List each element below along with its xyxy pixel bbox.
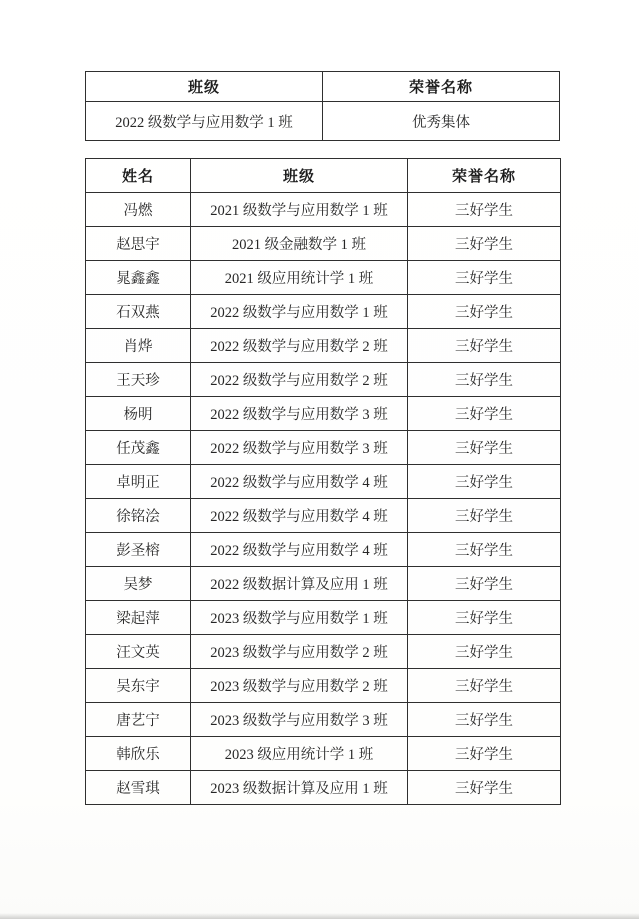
table-cell: 三好学生 (408, 329, 561, 363)
table-row: 任茂鑫2022 级数学与应用数学 3 班三好学生 (86, 431, 561, 465)
table-row: 梁起萍2023 级数学与应用数学 1 班三好学生 (86, 601, 561, 635)
table-cell: 2022 级数学与应用数学 3 班 (191, 397, 408, 431)
table-cell: 2022 级数学与应用数学 4 班 (191, 499, 408, 533)
student-honors-table: 姓名班级荣誉名称 冯燃2021 级数学与应用数学 1 班三好学生赵思宇2021 … (85, 158, 561, 805)
table-cell: 三好学生 (408, 703, 561, 737)
table-cell: 杨明 (86, 397, 191, 431)
table-cell: 冯燃 (86, 193, 191, 227)
table-row: 肖烨2022 级数学与应用数学 2 班三好学生 (86, 329, 561, 363)
table-cell: 2022 级数学与应用数学 2 班 (191, 329, 408, 363)
table-cell: 任茂鑫 (86, 431, 191, 465)
column-header: 荣誉名称 (408, 159, 561, 193)
table-cell: 石双燕 (86, 295, 191, 329)
table-row: 王天珍2022 级数学与应用数学 2 班三好学生 (86, 363, 561, 397)
table-cell: 三好学生 (408, 261, 561, 295)
table-cell: 三好学生 (408, 363, 561, 397)
student-table-header-row: 姓名班级荣誉名称 (86, 159, 561, 193)
table-cell: 汪文英 (86, 635, 191, 669)
table-cell: 徐铭浍 (86, 499, 191, 533)
table-cell: 2022 级数学与应用数学 1 班 (86, 102, 323, 141)
table-cell: 2022 级数学与应用数学 1 班 (191, 295, 408, 329)
table-cell: 三好学生 (408, 295, 561, 329)
table-cell: 王天珍 (86, 363, 191, 397)
column-header: 荣誉名称 (323, 72, 560, 102)
table-row: 唐艺宁2023 级数学与应用数学 3 班三好学生 (86, 703, 561, 737)
table-cell: 2022 级数学与应用数学 2 班 (191, 363, 408, 397)
table-cell: 韩欣乐 (86, 737, 191, 771)
table-row: 汪文英2023 级数学与应用数学 2 班三好学生 (86, 635, 561, 669)
table-cell: 2023 级数学与应用数学 2 班 (191, 635, 408, 669)
table-cell: 2021 级数学与应用数学 1 班 (191, 193, 408, 227)
table-cell: 2023 级数学与应用数学 3 班 (191, 703, 408, 737)
table-cell: 晁鑫鑫 (86, 261, 191, 295)
column-header: 班级 (191, 159, 408, 193)
table-cell: 唐艺宁 (86, 703, 191, 737)
table-cell: 三好学生 (408, 601, 561, 635)
table-cell: 三好学生 (408, 431, 561, 465)
table-cell: 三好学生 (408, 397, 561, 431)
table-cell: 2023 级数学与应用数学 2 班 (191, 669, 408, 703)
table-cell: 三好学生 (408, 771, 561, 805)
table-cell: 优秀集体 (323, 102, 560, 141)
table-row: 2022 级数学与应用数学 1 班优秀集体 (86, 102, 560, 141)
table-row: 徐铭浍2022 级数学与应用数学 4 班三好学生 (86, 499, 561, 533)
table-cell: 三好学生 (408, 533, 561, 567)
table-cell: 2022 级数学与应用数学 4 班 (191, 465, 408, 499)
table-row: 冯燃2021 级数学与应用数学 1 班三好学生 (86, 193, 561, 227)
table-row: 卓明正2022 级数学与应用数学 4 班三好学生 (86, 465, 561, 499)
table-cell: 2021 级应用统计学 1 班 (191, 261, 408, 295)
table-cell: 2023 级数据计算及应用 1 班 (191, 771, 408, 805)
table-cell: 三好学生 (408, 499, 561, 533)
table-cell: 三好学生 (408, 465, 561, 499)
table-cell: 吴梦 (86, 567, 191, 601)
collective-award-table: 班级荣誉名称 2022 级数学与应用数学 1 班优秀集体 (85, 71, 560, 141)
table-row: 韩欣乐2023 级应用统计学 1 班三好学生 (86, 737, 561, 771)
table-cell: 2022 级数学与应用数学 4 班 (191, 533, 408, 567)
table-cell: 2023 级数学与应用数学 1 班 (191, 601, 408, 635)
table-cell: 赵思宇 (86, 227, 191, 261)
table-row: 彭圣榕2022 级数学与应用数学 4 班三好学生 (86, 533, 561, 567)
table-row: 杨明2022 级数学与应用数学 3 班三好学生 (86, 397, 561, 431)
table-row: 石双燕2022 级数学与应用数学 1 班三好学生 (86, 295, 561, 329)
table-cell: 三好学生 (408, 193, 561, 227)
table-cell: 肖烨 (86, 329, 191, 363)
table-row: 吴梦2022 级数据计算及应用 1 班三好学生 (86, 567, 561, 601)
table-row: 赵雪琪2023 级数据计算及应用 1 班三好学生 (86, 771, 561, 805)
table-cell: 2022 级数据计算及应用 1 班 (191, 567, 408, 601)
table-row: 晁鑫鑫2021 级应用统计学 1 班三好学生 (86, 261, 561, 295)
table-cell: 2022 级数学与应用数学 3 班 (191, 431, 408, 465)
table-cell: 吴东宇 (86, 669, 191, 703)
table-cell: 三好学生 (408, 567, 561, 601)
table-cell: 三好学生 (408, 737, 561, 771)
award-table-header-row: 班级荣誉名称 (86, 72, 560, 102)
column-header: 班级 (86, 72, 323, 102)
table-cell: 梁起萍 (86, 601, 191, 635)
column-header: 姓名 (86, 159, 191, 193)
table-row: 吴东宇2023 级数学与应用数学 2 班三好学生 (86, 669, 561, 703)
table-cell: 赵雪琪 (86, 771, 191, 805)
table-cell: 三好学生 (408, 669, 561, 703)
table-row: 赵思宇2021 级金融数学 1 班三好学生 (86, 227, 561, 261)
scan-shadow (0, 913, 639, 919)
table-cell: 卓明正 (86, 465, 191, 499)
table-cell: 三好学生 (408, 635, 561, 669)
table-cell: 彭圣榕 (86, 533, 191, 567)
table-cell: 2023 级应用统计学 1 班 (191, 737, 408, 771)
document-page: 班级荣誉名称 2022 级数学与应用数学 1 班优秀集体 姓名班级荣誉名称 冯燃… (0, 0, 639, 919)
table-cell: 三好学生 (408, 227, 561, 261)
table-cell: 2021 级金融数学 1 班 (191, 227, 408, 261)
